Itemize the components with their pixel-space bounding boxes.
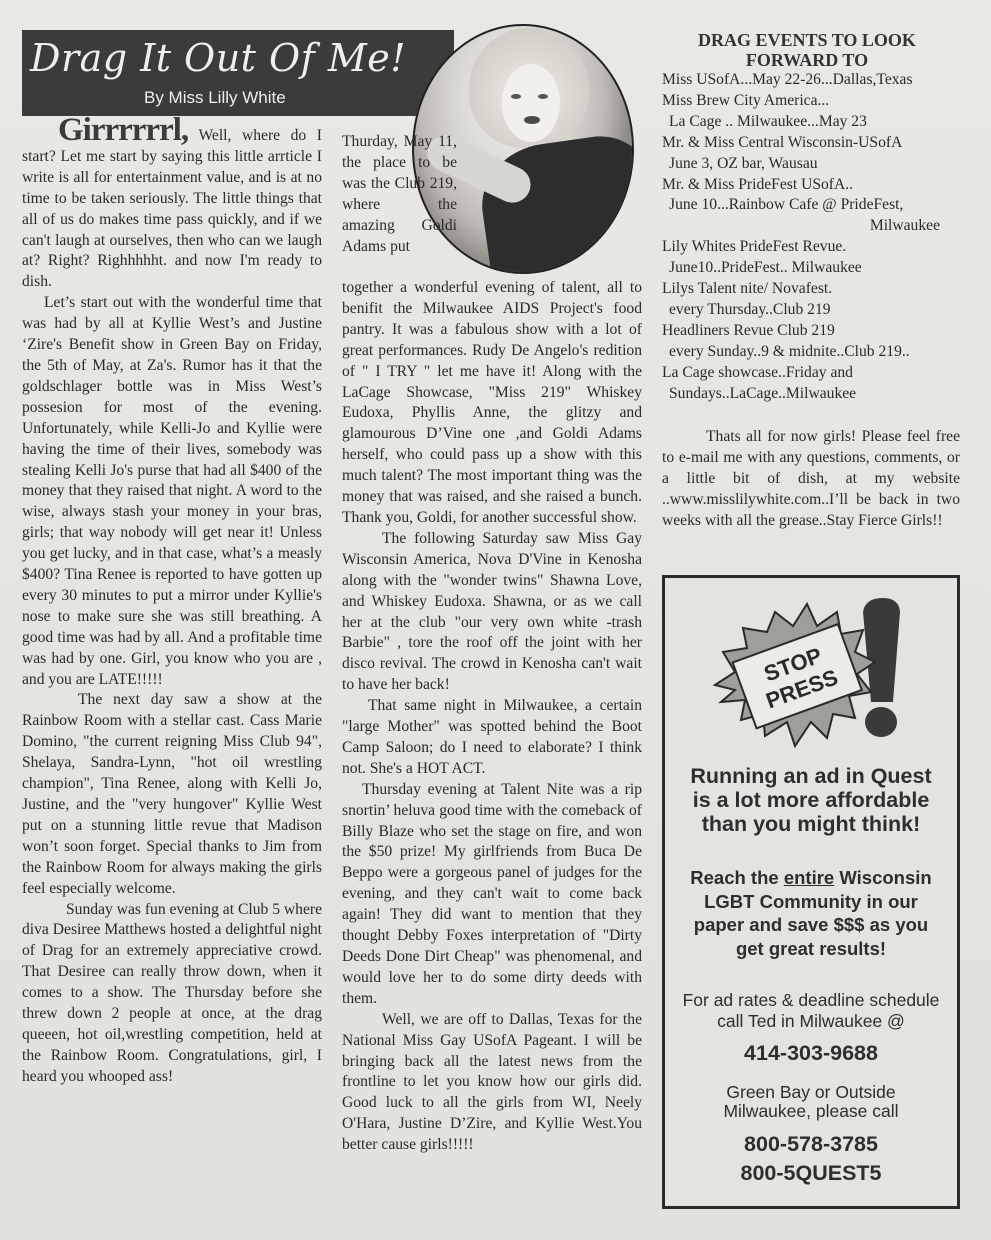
phone-tollfree: 800-578-3785 (665, 1131, 957, 1157)
ad-rates-text: For ad rates & deadline schedule call Te… (665, 990, 957, 1032)
article-paragraph: The next day saw a show at the Rainbow R… (22, 690, 322, 899)
event-line: every Sunday..9 & midnite..Club 219.. (662, 342, 952, 363)
byline: By Miss Lilly White (144, 88, 286, 108)
closing-note: Thats all for now girls! Please feel fre… (662, 427, 960, 532)
event-line: June 3, OZ bar, Wausau (662, 154, 952, 175)
stop-press-icon: STOP PRESS (695, 590, 927, 760)
event-line: Mr. & Miss PrideFest USofA.. (662, 175, 952, 196)
article-paragraph: Sunday was fun evening at Club 5 where d… (22, 900, 322, 1088)
phone-milwaukee: 414-303-9688 (665, 1040, 957, 1066)
event-line: Lily Whites PrideFest Revue. (662, 237, 952, 258)
event-line: Miss Brew City America... (662, 91, 952, 112)
event-line: Lilys Talent nite/ Novafest. (662, 279, 952, 300)
article-column-left: Girrrrrrl, Well, where do I start? Let m… (22, 120, 322, 1088)
ad-greenbay-text: Green Bay or Outside Milwaukee, please c… (665, 1083, 957, 1121)
event-line: La Cage showcase..Friday and (662, 363, 952, 384)
article-paragraph: together a wonderful evening of talent, … (342, 278, 642, 529)
event-line: June10..PrideFest.. Milwaukee (662, 258, 952, 279)
ad-reach-text: Reach the entire Wisconsin LGBT Communit… (665, 866, 957, 960)
events-heading: DRAG EVENTS TO LOOK FORWARD TO (662, 30, 952, 70)
events-lines: Miss USofA...May 22-26...Dallas,TexasMis… (662, 70, 952, 405)
newspaper-page: Drag It Out Of Me! By Miss Lilly White G… (0, 0, 991, 1240)
article-paragraph: Thurday, May 11, the place to be was the… (342, 132, 457, 257)
ad-headline: Running an ad in Quest is a lot more aff… (665, 764, 957, 836)
article-paragraph: Let’s start out with the wonderful time … (22, 293, 322, 690)
article-paragraph: Girrrrrrl, Well, where do I start? Let m… (22, 120, 322, 293)
event-line: Miss USofA...May 22-26...Dallas,Texas (662, 70, 952, 91)
article-paragraph: Thursday evening at Talent Nite was a ri… (342, 780, 642, 1010)
article-column-middle-wrap: Thurday, May 11, the place to be was the… (342, 132, 457, 257)
event-line: Sundays..LaCage..Milwaukee (662, 384, 952, 405)
drop-cap: Girrrrrrl, (58, 112, 188, 148)
event-line: Milwaukee (662, 216, 952, 237)
drag-events-list: DRAG EVENTS TO LOOK FORWARD TO Miss USof… (662, 30, 952, 405)
event-line: Mr. & Miss Central Wisconsin-USofA (662, 133, 952, 154)
event-line: every Thursday..Club 219 (662, 300, 952, 321)
article-column-middle: together a wonderful evening of talent, … (342, 278, 642, 1156)
event-line: June 10...Rainbow Cafe @ PrideFest, (662, 195, 952, 216)
quest-advertisement: STOP PRESS Running an ad in Quest is a l… (662, 575, 960, 1209)
article-paragraph: That same night in Milwaukee, a certain … (342, 696, 642, 780)
event-line: Headliners Revue Club 219 (662, 321, 952, 342)
article-paragraph: The following Saturday saw Miss Gay Wisc… (342, 529, 642, 696)
event-line: La Cage .. Milwaukee...May 23 (662, 112, 952, 133)
phone-vanity: 800-5QUEST5 (665, 1160, 957, 1186)
column-title: Drag It Out Of Me! (30, 36, 406, 80)
article-paragraph: Well, we are off to Dallas, Texas for th… (342, 1010, 642, 1156)
column-header-banner: Drag It Out Of Me! By Miss Lilly White (22, 30, 454, 116)
